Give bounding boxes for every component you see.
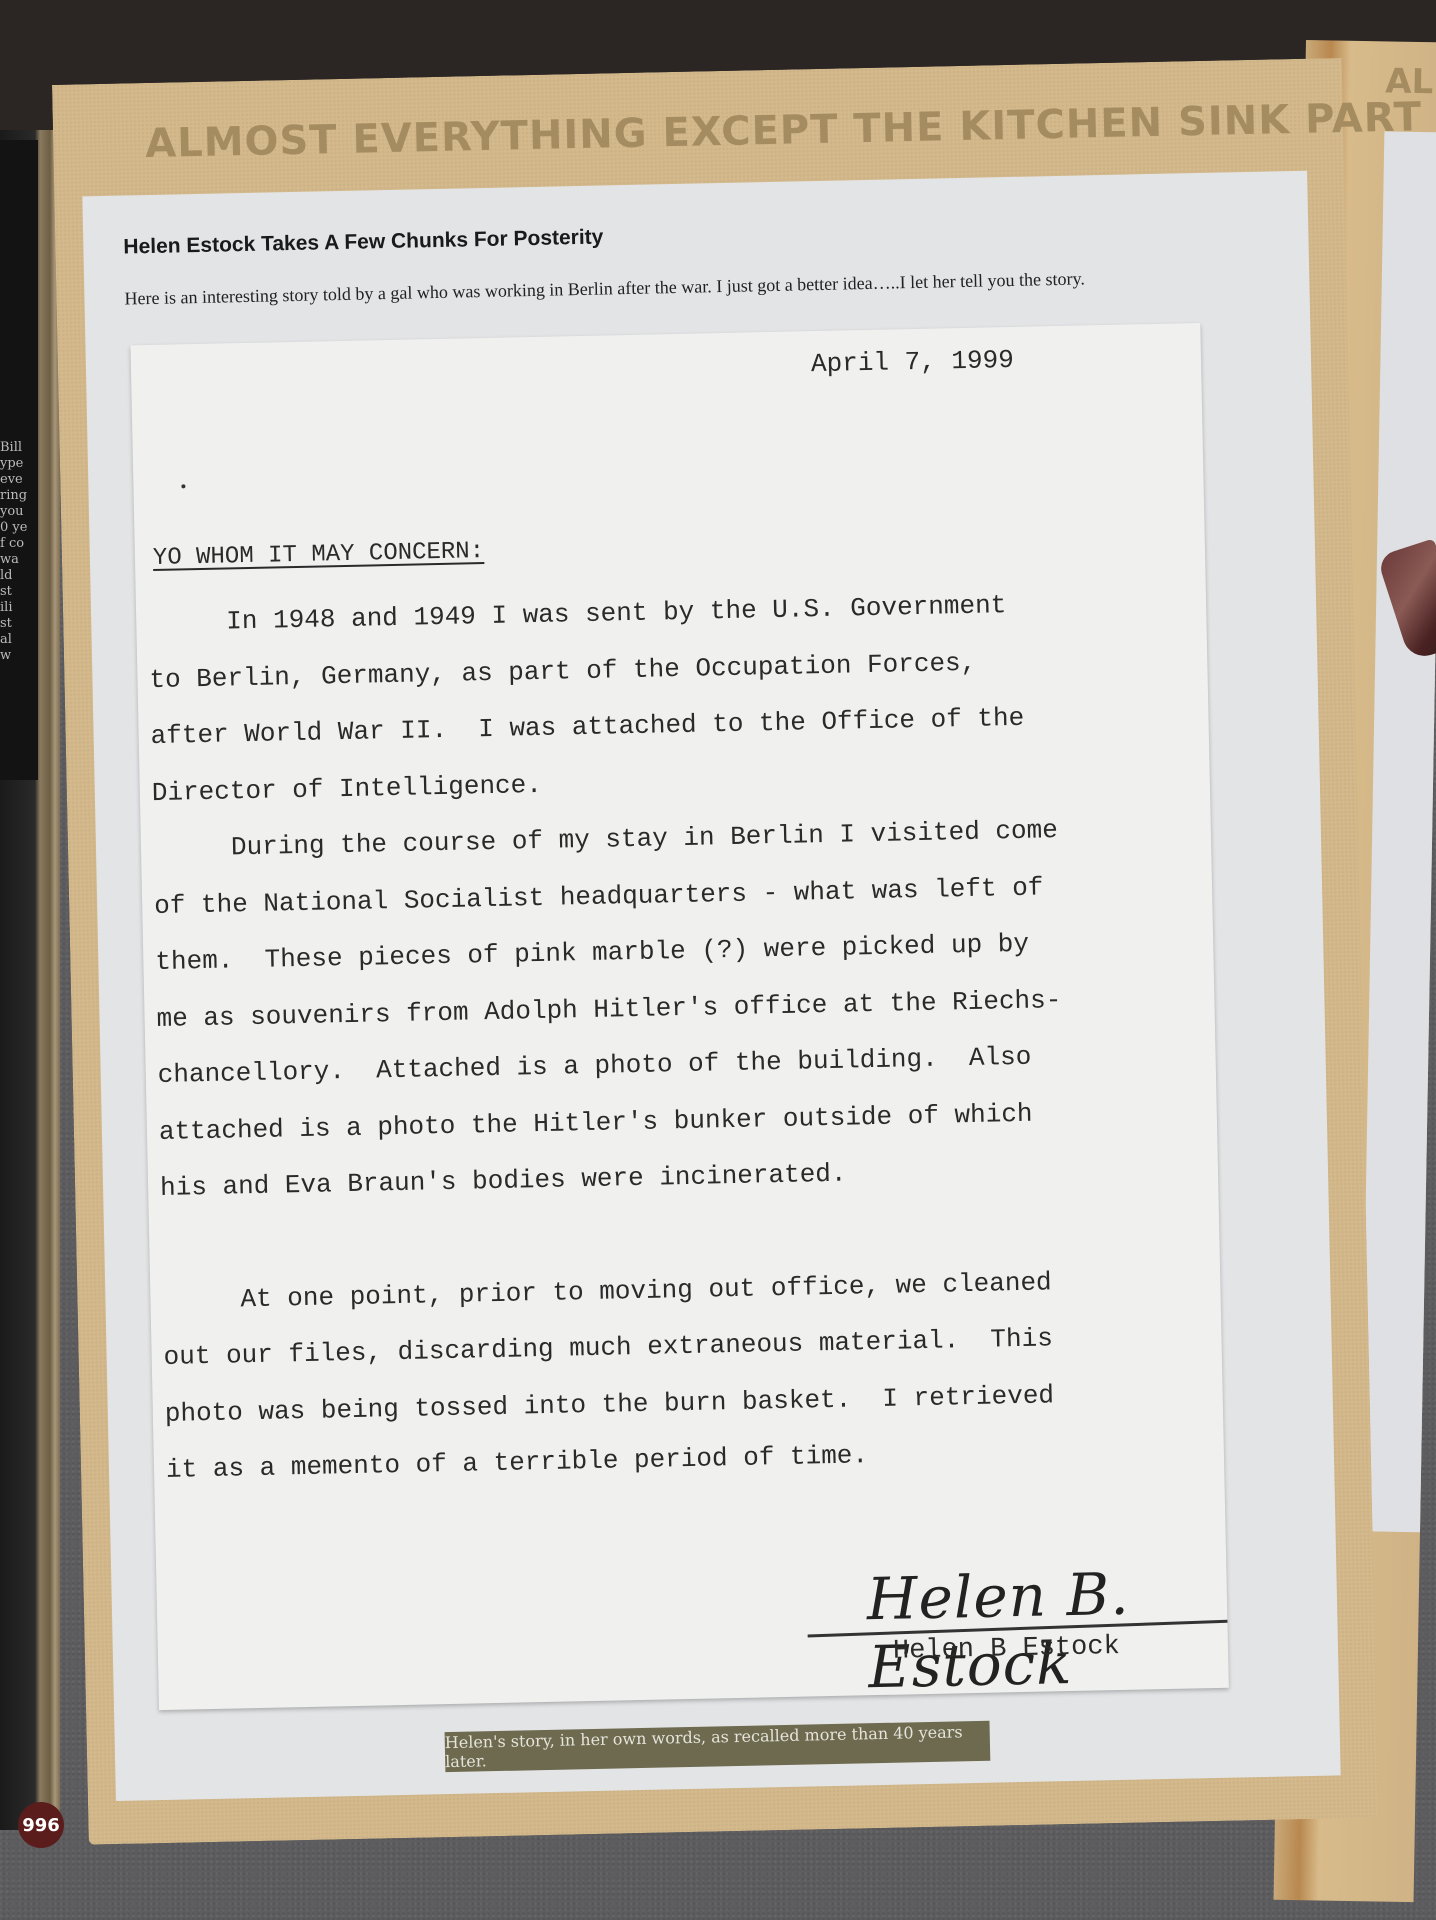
article-intro: Here is an interesting story told by a g… bbox=[124, 255, 1205, 320]
spill-text-fragment: al bbox=[0, 632, 38, 648]
spill-text-fragment: w bbox=[0, 648, 38, 664]
page-number-badge: 996 bbox=[18, 1802, 64, 1848]
typed-signature-name: Helen B Estock bbox=[893, 1632, 1120, 1667]
spill-text-fragment: ili bbox=[0, 600, 38, 616]
stray-mark bbox=[181, 484, 185, 488]
letter-body: In 1948 and 1949 I was sent by the U.S. … bbox=[148, 573, 1207, 1498]
running-header: Almost Everything Except The Kitchen Sin… bbox=[145, 93, 1436, 167]
book-page: Almost Everything Except The Kitchen Sin… bbox=[52, 58, 1379, 1845]
spill-text-fragment: eve bbox=[0, 472, 38, 488]
adjacent-book-page: Billypeeveringyou0 yef cowaldstilistalw bbox=[0, 140, 38, 780]
spill-text-fragment: st bbox=[0, 584, 38, 600]
letter-date: April 7, 1999 bbox=[811, 345, 1014, 379]
spill-text-fragment: ring bbox=[0, 488, 38, 504]
spill-text-fragment: f co bbox=[0, 536, 38, 552]
spill-text-fragment: you bbox=[0, 504, 38, 520]
spill-text-fragment: 0 ye bbox=[0, 520, 38, 536]
letter-salutation: YO WHOM IT MAY CONCERN: bbox=[153, 538, 485, 572]
right-page-panel bbox=[1360, 131, 1436, 1532]
spill-text-fragment: st bbox=[0, 616, 38, 632]
spill-text-fragment: Bill bbox=[0, 440, 38, 456]
typed-letter: April 7, 1999 YO WHOM IT MAY CONCERN: In… bbox=[130, 323, 1228, 1710]
article-title: Helen Estock Takes A Few Chunks For Post… bbox=[123, 225, 603, 259]
photo-caption: Helen's story, in her own words, as reca… bbox=[445, 1721, 991, 1772]
spill-text-fragment: ype bbox=[0, 456, 38, 472]
spill-text-fragment: wa bbox=[0, 552, 38, 568]
spill-text-fragment: ld bbox=[0, 568, 38, 584]
article-panel: Helen Estock Takes A Few Chunks For Post… bbox=[82, 171, 1340, 1801]
